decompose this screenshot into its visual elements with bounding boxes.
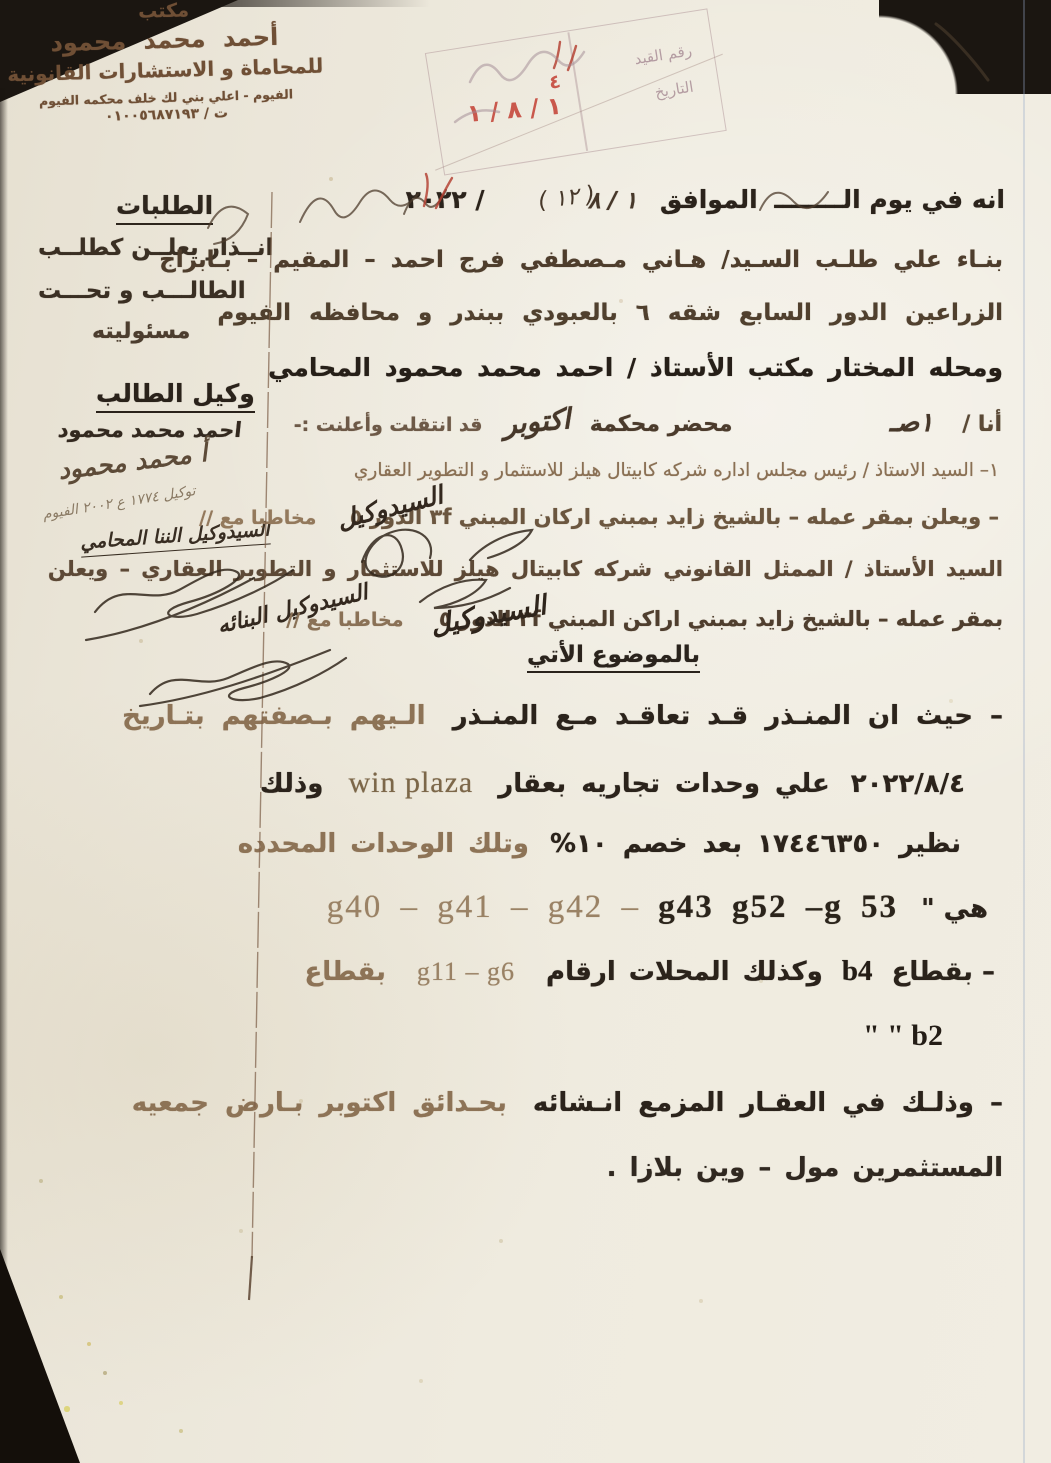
addressee2-line2: بمقر عمله – بالشيخ زايد بمبني اراكن المب… [286, 606, 1003, 633]
clause1-line3: نظير ١٧٤٤٦٣٥٠ بعد خصم ١٠% وتلك الوحدات ا… [238, 828, 961, 862]
chosen-domicile-line: ومحله المختار مكتب الأستاذ / احمد محمد م… [268, 352, 1003, 385]
scanned-legal-document: مكتب أحمد محمد محمود للمحاماة و الاستشار… [0, 0, 1051, 1463]
request-line-1: بنـاء علي طلـب السـيد/ هـاني مـصطفي فرج … [159, 246, 1003, 276]
units-list-faded: g40 – g41 – g42 – [327, 889, 640, 925]
clause2-line1-dark: – وذلـك في العقـار المزمع انـشائه [533, 1088, 1003, 1118]
bailiff-handwritten-initial: ١صـ [890, 408, 934, 438]
margin-requests-line2: الطالـــب و تحـــت [38, 277, 246, 307]
registration-stamp: رقم القيد التاريخ ١ / ٨ / ١ ٤ [418, 0, 732, 184]
addressee1-line2: – ويعلن بمقر عمله – بالشيخ زايد بمبني ار… [199, 504, 999, 531]
clause2-line1-faded: بحـدائق اكتوبر بـارض جمعيه [132, 1088, 507, 1118]
addressee2-line1: السيد الأستاذ / الممثل القانوني شركه كاب… [48, 556, 1003, 583]
sector-mid: وكذلك المحلات ارقام [546, 957, 823, 987]
addressee1-line2-text: – ويعلن بمقر عمله – بالشيخ زايد بمبني ار… [350, 505, 999, 529]
bailiff-court-word: محضر محكمة [590, 412, 733, 437]
addressee1-line1: ١– السيد الاستاذ / رئيس مجلس اداره شركه … [354, 459, 999, 483]
clause1-line2-text: علي وحدات تجاريه بعقار [498, 769, 829, 799]
scan-corner-top-right [879, 0, 1051, 94]
units-line: هي " g40 – g41 – g42 – g43 g52 –g 53 [327, 886, 988, 929]
date-word-corresponding: الموافق [660, 185, 758, 214]
clause2-line1: – وذلـك في العقـار المزمع انـشائه بحـدائ… [132, 1087, 1003, 1121]
sector-shops: g11 – g6 [417, 957, 515, 986]
units-list-dark: g43 g52 –g 53 [658, 889, 898, 925]
sector-dash: – بقطاع [892, 957, 995, 987]
sector-line: – بقطاع b4 وكذلك المحلات ارقام g11 – g6 … [305, 953, 995, 991]
served-with-1: مخاطبا مع // [199, 507, 316, 529]
sector-end: بقطاع [305, 957, 386, 987]
clause1-line2-end: وذلك [260, 769, 323, 799]
bailiff-suffix: قد انتقلت وأعلنت :- [294, 414, 483, 436]
handwritten-signature-name: أ محمد محمود [57, 437, 209, 487]
served-with-2-handwriting: السيدوكيل [428, 588, 549, 643]
margin-requests-line3: مسئوليته [92, 318, 190, 347]
margin-agent-name: احمد محمد محمود [57, 417, 244, 444]
price-and-discount: نظير ١٧٤٤٦٣٥٠ بعد خصم ١٠% [550, 829, 961, 859]
request-line-2: الزراعين الدور السابع شقه ٦ بالعبودي ببن… [217, 299, 1003, 329]
date-prefix: انه في يوم الــــــــ [774, 185, 1005, 214]
shops-b2-line: " " b2 [863, 1016, 943, 1055]
letterhead-lawyer-name: أحمد محمد محمود [0, 21, 330, 58]
scanner-line-artifact [1023, 0, 1025, 1463]
date-year: / ٢٠٢٢ [406, 185, 485, 214]
margin-agent-title: وكيل الطالب [96, 378, 255, 411]
units-intro: هي " [921, 894, 988, 924]
paper-speckles [0, 0, 2, 2]
bailiff-line: أنا / ١صـ محضر محكمة اكتوبر قد انتقلت وأ… [294, 404, 1002, 441]
margin-requests-title: الطلبات [116, 190, 213, 223]
property-name-latin: win plaza [348, 766, 473, 799]
clause1-line3-faded: وتلك الوحدات المحدده [238, 829, 529, 859]
clause2-line2: المستثمرين مول – وين بلازا . [607, 1152, 1003, 1186]
bailiff-court-handwritten: اكتوبر [502, 401, 572, 443]
subject-heading: بالموضوع الأتي [527, 641, 700, 671]
scan-corner-bottom-left [0, 1249, 80, 1463]
contract-date: ٢٠٢٢/٨/٤ [851, 769, 965, 799]
date-line: انه في يوم الــــــــ الموافق ١ / ٨ / ٢٠… [406, 184, 1005, 217]
clause1-line1-faded: الـيهم بـصفتهم بتـاريخ [122, 701, 425, 731]
clause1-line1: – حيث ان المنـذر قـد تعاقـد مـع المنـذر … [122, 700, 1003, 734]
clause1-line2: ٢٠٢٢/٨/٤ علي وحدات تجاريه بعقار win plaz… [260, 763, 965, 802]
clause1-line1-dark: – حيث ان المنـذر قـد تعاقـد مـع المنـذر [453, 701, 1003, 731]
letterhead-subtitle: للمحاماة و الاستشارات القانونية [0, 53, 331, 86]
shops-b2: " " b2 [863, 1019, 943, 1052]
scan-left-edge [0, 88, 8, 1268]
letterhead: مكتب أحمد محمد محمود للمحاماة و الاستشار… [0, 0, 332, 128]
handwritten-power-of-attorney: توكيل ١٧٧٤ ع ٢٠٠٢ الفيوم [42, 482, 197, 524]
units-list: g40 – g41 – g42 – g43 g52 –g 53 [327, 889, 898, 925]
served-with-2: مخاطبا مع // [286, 609, 403, 631]
sector-b4: b4 [842, 955, 873, 987]
bailiff-prefix: أنا / [962, 412, 1002, 437]
